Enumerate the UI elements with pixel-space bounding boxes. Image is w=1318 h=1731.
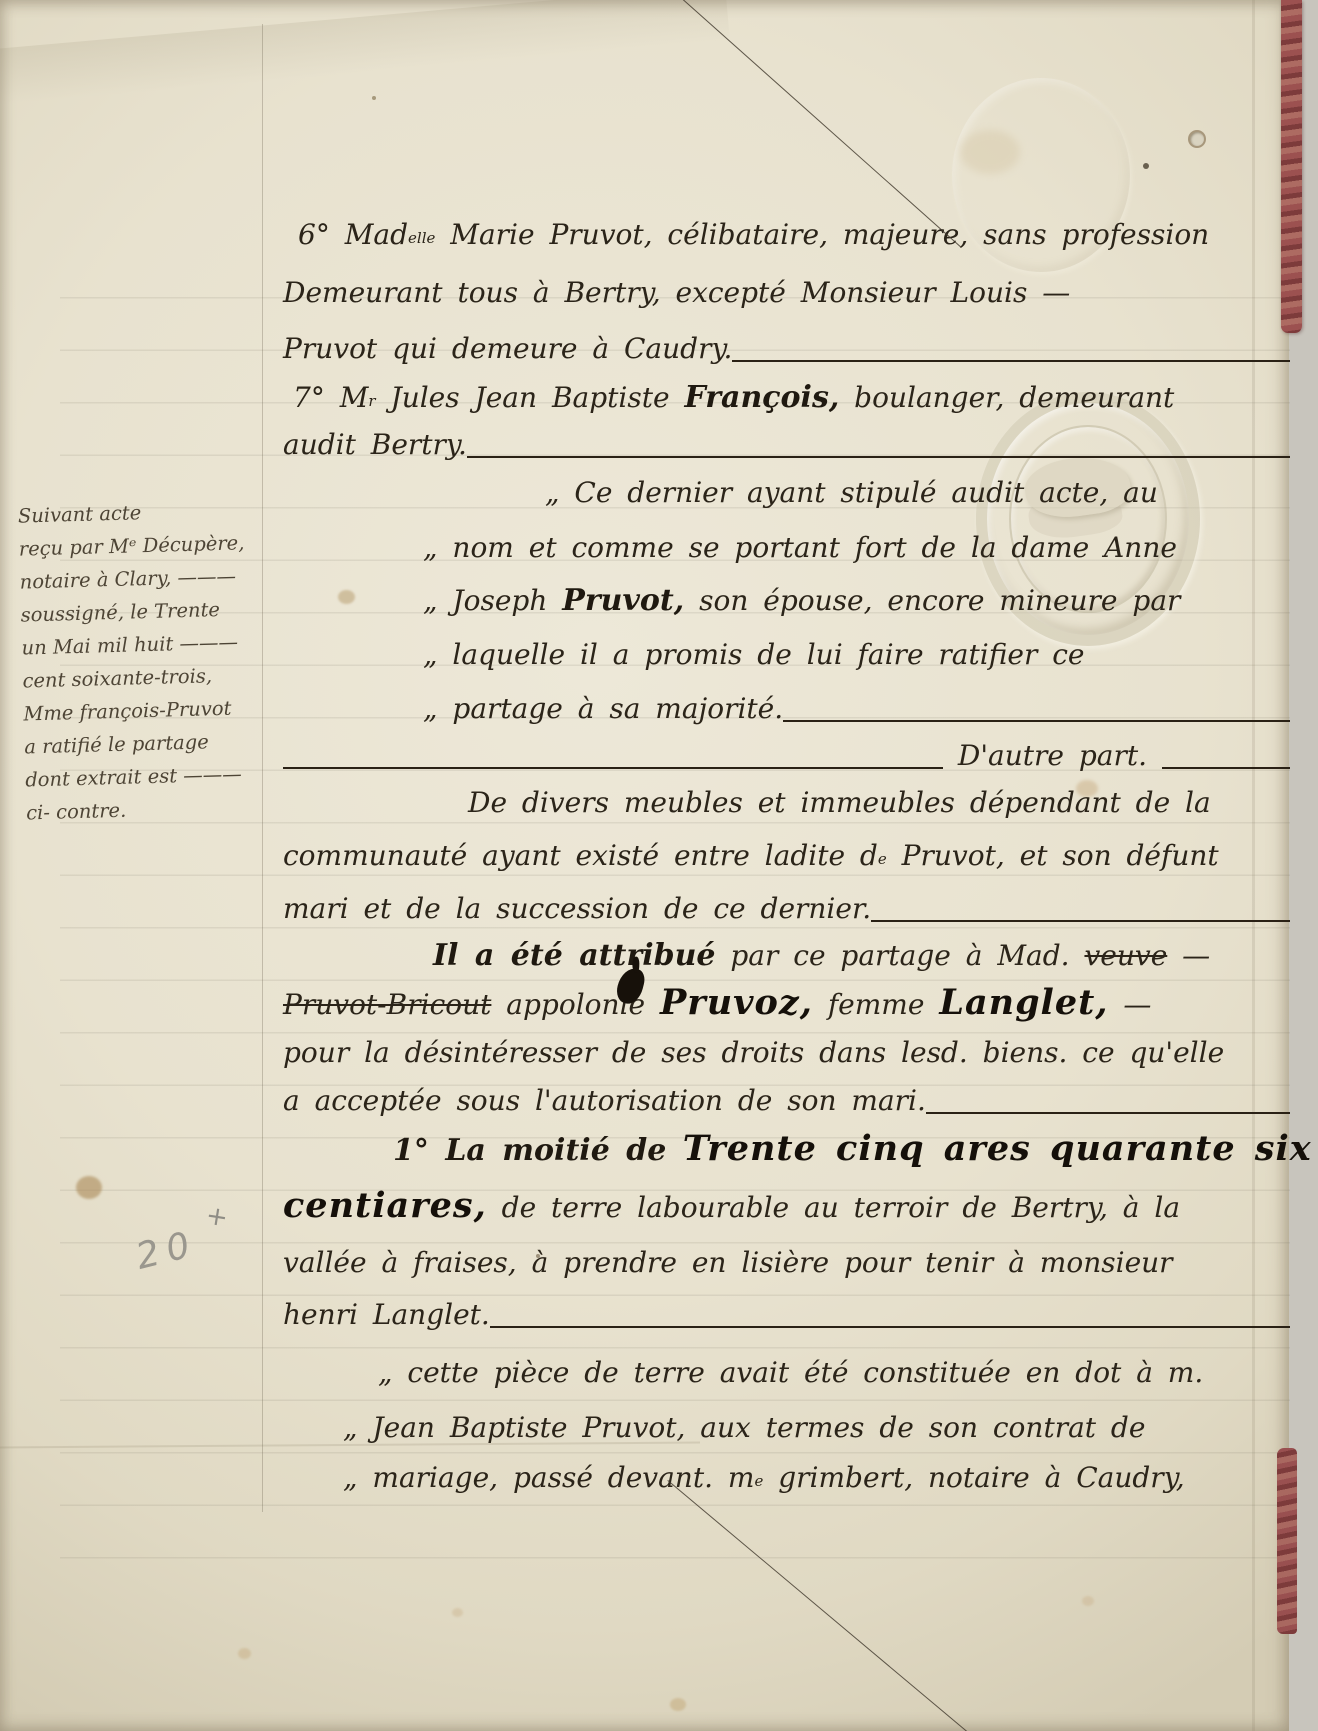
text-segment: „ partage à sa majorité. — [423, 686, 783, 732]
red-marbled-page-edge — [1277, 1448, 1297, 1634]
text-segment: „ nom et comme se portant fort de la dam… — [423, 525, 1177, 571]
manuscript-line: „ Jean Baptiste Pruvot, aux termes de so… — [283, 1405, 1290, 1451]
text-segment: Langlet, — [939, 980, 1108, 1026]
text-segment: de terre labourable au terroir de Bertry… — [487, 1185, 1180, 1231]
ink-rule — [783, 720, 1290, 722]
text-segment: e — [754, 1458, 763, 1504]
text-segment: son épouse, encore mineure par — [684, 578, 1180, 624]
text-segment: par ce partage à Mad. — [715, 933, 1084, 979]
text-segment: „ Ce dernier ayant stipulé audit acte, a… — [545, 470, 1158, 516]
text-segment: Demeurant tous à Bertry, excepté Monsieu… — [283, 270, 1070, 316]
manuscript-line: De divers meubles et immeubles dépendant… — [283, 780, 1290, 826]
manuscript-line: centiares, de terre labourable au terroi… — [283, 1183, 1290, 1229]
text-segment: „ laquelle il a promis de lui faire rati… — [423, 632, 1084, 678]
manuscript-line: Pruvot-Bricout appolonie Pruvoz, femme L… — [283, 980, 1290, 1026]
ink-rule — [283, 767, 943, 769]
text-segment: 7° M — [293, 375, 368, 421]
text-segment: — — [1167, 933, 1210, 979]
margin-annotation: Suivant actereçu par Mᵉ Décupère,notaire… — [17, 493, 280, 830]
manuscript-line: „ Joseph Pruvot, son épouse, encore mine… — [283, 578, 1290, 624]
manuscript-line: „ mariage, passé devant. me grimbert, no… — [283, 1455, 1290, 1501]
text-segment: Pruvot-Bricout — [283, 982, 491, 1028]
manuscript-line: „ laquelle il a promis de lui faire rati… — [283, 632, 1290, 678]
text-segment: François, — [684, 375, 839, 421]
margin-note-line: notaire à Clary, ——— — [19, 558, 274, 598]
manuscript-line: D'autre part. — [283, 733, 1290, 779]
manuscript-line: 7° Mr Jules Jean Baptiste François, boul… — [283, 375, 1290, 421]
manuscript-line: mari et de la succession de ce dernier. — [283, 886, 1290, 932]
text-segment: femme — [813, 982, 939, 1028]
text-segment: mari et de la succession de ce dernier. — [283, 886, 871, 932]
manuscript-line: audit Bertry. — [283, 422, 1290, 468]
text-segment: Jules Jean Baptiste — [376, 375, 685, 421]
ink-rule — [490, 1326, 1290, 1328]
ink-rule — [467, 456, 1290, 458]
text-segment: „ Joseph — [423, 578, 562, 624]
text-segment: Pruvot, et son défunt — [887, 833, 1219, 879]
text-segment: Marie Pruvot, célibataire, majeure, sans… — [435, 212, 1209, 258]
manuscript-line: „ Ce dernier ayant stipulé audit acte, a… — [283, 470, 1290, 516]
text-segment: D'autre part. — [943, 733, 1162, 779]
manuscript-line: communauté ayant existé entre ladite de … — [283, 833, 1290, 879]
text-segment: Pruvot qui demeure à Caudry. — [283, 326, 732, 372]
text-segment: centiares, — [283, 1183, 487, 1229]
text-segment: Il a été attribué — [433, 933, 715, 979]
text-segment: — — [1108, 982, 1151, 1028]
text-segment: „ cette pièce de terre avait été constit… — [378, 1350, 1203, 1396]
text-segment: henri Langlet. — [283, 1292, 490, 1338]
margin-note-line: dont extrait est ——— — [25, 756, 280, 796]
manuscript-body: 6° Madelle Marie Pruvot, célibataire, ma… — [0, 0, 1318, 1731]
text-segment: grimbert, notaire à Caudry, — [763, 1455, 1184, 1501]
text-segment: elle — [408, 215, 435, 261]
text-segment: r — [368, 378, 375, 424]
manuscript-line: „ nom et comme se portant fort de la dam… — [283, 525, 1290, 571]
ink-rule — [926, 1112, 1290, 1114]
text-segment: De divers meubles et immeubles dépendant… — [468, 780, 1211, 826]
text-segment: „ Jean Baptiste Pruvot, aux termes de so… — [343, 1405, 1145, 1451]
ink-rule — [732, 360, 1290, 362]
text-segment: 1° La moitié de — [393, 1128, 683, 1174]
pencil-cross-mark: + — [204, 1200, 230, 1233]
manuscript-line: Demeurant tous à Bertry, excepté Monsieu… — [283, 270, 1290, 316]
manuscript-line: a acceptée sous l'autorisation de son ma… — [283, 1078, 1290, 1124]
text-segment: a acceptée sous l'autorisation de son ma… — [283, 1078, 926, 1124]
text-segment: vallée à fraises, à prendre en lisière p… — [283, 1240, 1173, 1286]
manuscript-line: henri Langlet. — [283, 1292, 1290, 1338]
text-segment: Pruvoz, — [660, 980, 813, 1026]
text-segment: Trente cinq ares quarante six — [683, 1126, 1312, 1172]
manuscript-line: pour la désintéresser de ses droits dans… — [283, 1030, 1290, 1076]
text-segment: 6° Mad — [298, 212, 408, 258]
document-scan: { "palette": { "paper_color": "#e8e2cf",… — [0, 0, 1318, 1731]
text-segment: veuve — [1084, 933, 1167, 979]
ink-rule — [1162, 767, 1290, 769]
manuscript-line: vallée à fraises, à prendre en lisière p… — [283, 1240, 1290, 1286]
manuscript-line: 1° La moitié de Trente cinq ares quarant… — [283, 1126, 1290, 1172]
text-segment: boulanger, demeurant — [839, 375, 1174, 421]
text-segment: Pruvot, — [562, 578, 684, 624]
manuscript-line: „ cette pièce de terre avait été constit… — [283, 1350, 1290, 1396]
red-marbled-page-edge — [1281, 0, 1302, 333]
manuscript-line: Il a été attribué par ce partage à Mad. … — [283, 933, 1290, 979]
text-segment: communauté ayant existé entre ladite d — [283, 833, 878, 879]
manuscript-line: Pruvot qui demeure à Caudry. — [283, 326, 1290, 372]
ink-rule — [871, 920, 1290, 922]
text-segment: „ mariage, passé devant. m — [343, 1455, 754, 1501]
manuscript-line: „ partage à sa majorité. — [283, 686, 1290, 732]
text-segment: pour la désintéresser de ses droits dans… — [283, 1030, 1224, 1076]
text-segment: audit Bertry. — [283, 422, 467, 468]
manuscript-line: 6° Madelle Marie Pruvot, célibataire, ma… — [283, 212, 1290, 258]
text-segment: e — [878, 836, 887, 882]
